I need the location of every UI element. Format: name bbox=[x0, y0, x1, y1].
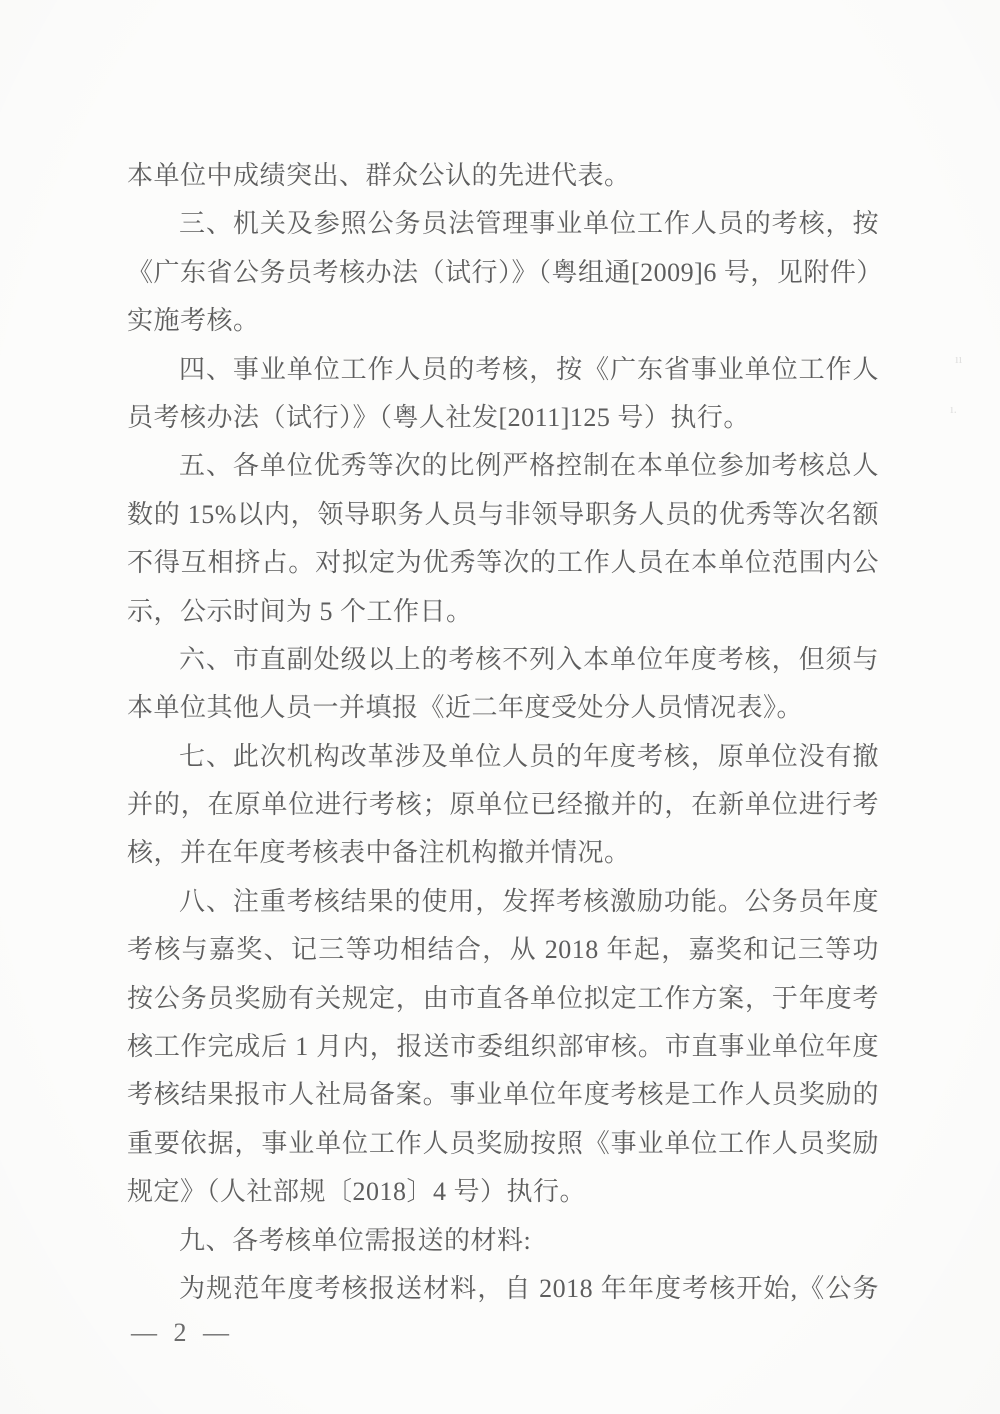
document-line: 本单位其他人员一并填报《近二年度受处分人员情况表》。 bbox=[127, 684, 879, 732]
document-page: 本单位中成绩突出、群众公认的先进代表。三、机关及参照公务员法管理事业单位工作人员… bbox=[0, 0, 1000, 1414]
document-line: 八、注重考核结果的使用，发挥考核激励功能。公务员年度 bbox=[127, 878, 879, 926]
document-line: 考核与嘉奖、记三等功相结合，从 2018 年起，嘉奖和记三等功 bbox=[127, 926, 879, 974]
scan-speck: ıı bbox=[955, 352, 962, 365]
document-line: 九、各考核单位需报送的材料: bbox=[127, 1217, 879, 1265]
document-line: 《广东省公务员考核办法（试行）》（粤组通[2009]6 号，见附件） bbox=[127, 249, 879, 297]
document-line: 实施考核。 bbox=[127, 297, 879, 345]
document-line: 示，公示时间为 5 个工作日。 bbox=[127, 588, 879, 636]
document-line: 核工作完成后 1 月内，报送市委组织部审核。市直事业单位年度 bbox=[127, 1023, 879, 1071]
document-line: 不得互相挤占。对拟定为优秀等次的工作人员在本单位范围内公 bbox=[127, 539, 879, 587]
document-line: 并的，在原单位进行考核；原单位已经撤并的，在新单位进行考 bbox=[127, 781, 879, 829]
document-body: 本单位中成绩突出、群众公认的先进代表。三、机关及参照公务员法管理事业单位工作人员… bbox=[127, 152, 879, 1313]
document-line: 考核结果报市人社局备案。事业单位年度考核是工作人员奖励的 bbox=[127, 1071, 879, 1119]
document-line: 三、机关及参照公务员法管理事业单位工作人员的考核，按 bbox=[127, 200, 879, 248]
document-line: 数的 15%以内，领导职务人员与非领导职务人员的优秀等次名额 bbox=[127, 491, 879, 539]
document-line: 重要依据，事业单位工作人员奖励按照《事业单位工作人员奖励 bbox=[127, 1120, 879, 1168]
document-line: 五、各单位优秀等次的比例严格控制在本单位参加考核总人 bbox=[127, 442, 879, 490]
document-line: 员考核办法（试行）》（粤人社发[2011]125 号）执行。 bbox=[127, 394, 879, 442]
document-line: 为规范年度考核报送材料，自 2018 年年度考核开始,《公务 bbox=[127, 1265, 879, 1313]
document-line: 四、事业单位工作人员的考核，按《广东省事业单位工作人 bbox=[127, 346, 879, 394]
document-line: 按公务员奖励有关规定，由市直各单位拟定工作方案，于年度考 bbox=[127, 975, 879, 1023]
document-line: 规定》（人社部规〔2018〕4 号）执行。 bbox=[127, 1168, 879, 1216]
document-line: 七、此次机构改革涉及单位人员的年度考核，原单位没有撤 bbox=[127, 733, 879, 781]
page-number: — 2 — bbox=[131, 1318, 234, 1348]
document-line: 本单位中成绩突出、群众公认的先进代表。 bbox=[127, 152, 879, 200]
document-line: 核，并在年度考核表中备注机构撤并情况。 bbox=[127, 829, 879, 877]
scan-speck: ı. bbox=[950, 402, 957, 415]
document-line: 六、市直副处级以上的考核不列入本单位年度考核，但须与 bbox=[127, 636, 879, 684]
